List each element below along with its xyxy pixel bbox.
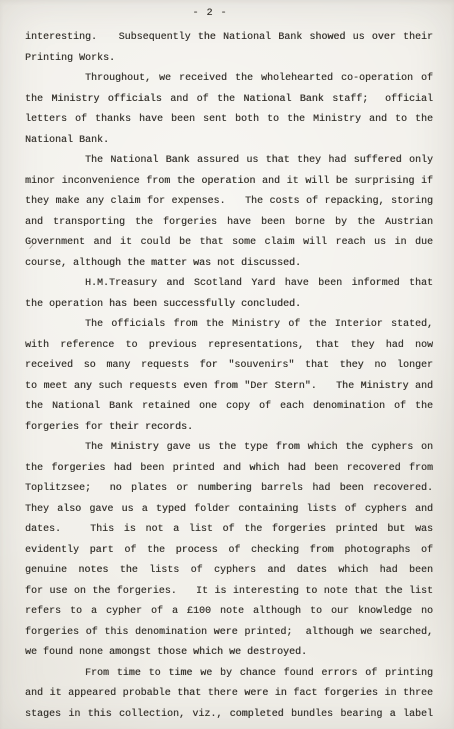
document-body: interesting. Subsequently the National B…	[0, 28, 454, 725]
text-line: the forgeries had been printed and which…	[25, 459, 433, 480]
text-line: The National Bank assured us that they h…	[25, 151, 433, 172]
text-line: minor inconvenience from the operation a…	[25, 172, 433, 193]
text-line: The officials from the Ministry of the I…	[25, 315, 433, 336]
text-line: and transporting the forgeries have been…	[25, 213, 433, 234]
text-line: they make any claim for expenses. The co…	[25, 192, 433, 213]
text-line: The Ministry gave us the type from which…	[25, 438, 433, 459]
text-line: From time to time we by chance found err…	[25, 664, 433, 685]
text-line: Government and it could be that some cla…	[25, 233, 433, 254]
text-line: They also gave us a typed folder contain…	[25, 500, 433, 521]
text-line: received so many requests for "souvenirs…	[25, 356, 433, 377]
document-page: - 2 - interesting. Subsequently the Nati…	[0, 0, 454, 729]
text-line: course, although the matter was not disc…	[25, 254, 433, 275]
text-line: the operation has been successfully conc…	[25, 295, 433, 316]
text-line: National Bank.	[25, 131, 433, 152]
text-line: Printing Works.	[25, 49, 433, 70]
text-line: genuine notes the lists of cyphers and d…	[25, 561, 433, 582]
text-line: dates. This is not a list of the forgeri…	[25, 520, 433, 541]
text-line: stages in this collection, viz., complet…	[25, 705, 433, 726]
text-line: Throughout, we received the wholehearted…	[25, 69, 433, 90]
text-line: Toplitzsee; no plates or numbering barre…	[25, 479, 433, 500]
text-line: evidently part of the process of checkin…	[25, 541, 433, 562]
text-line: the National Bank retained one copy of e…	[25, 397, 433, 418]
text-line: for use on the forgeries. It is interest…	[25, 582, 433, 603]
text-line: with reference to previous representatio…	[25, 336, 433, 357]
text-line: letters of thanks have been sent both to…	[25, 110, 433, 131]
text-line: we found none amongst those which we des…	[25, 643, 433, 664]
page-number: - 2 -	[0, 0, 437, 28]
text-line: and it appeared probable that there were…	[25, 684, 433, 705]
text-line: to meet any such requests even from "Der…	[25, 377, 433, 398]
text-line: interesting. Subsequently the National B…	[25, 28, 433, 49]
text-line: H.M.Treasury and Scotland Yard have been…	[25, 274, 433, 295]
text-line: the Ministry officials and of the Nation…	[25, 90, 433, 111]
text-line: forgeries of this denomination were prin…	[25, 623, 433, 644]
text-line: forgeries for their records.	[25, 418, 433, 439]
text-line: refers to a cypher of a £100 note althou…	[25, 602, 433, 623]
